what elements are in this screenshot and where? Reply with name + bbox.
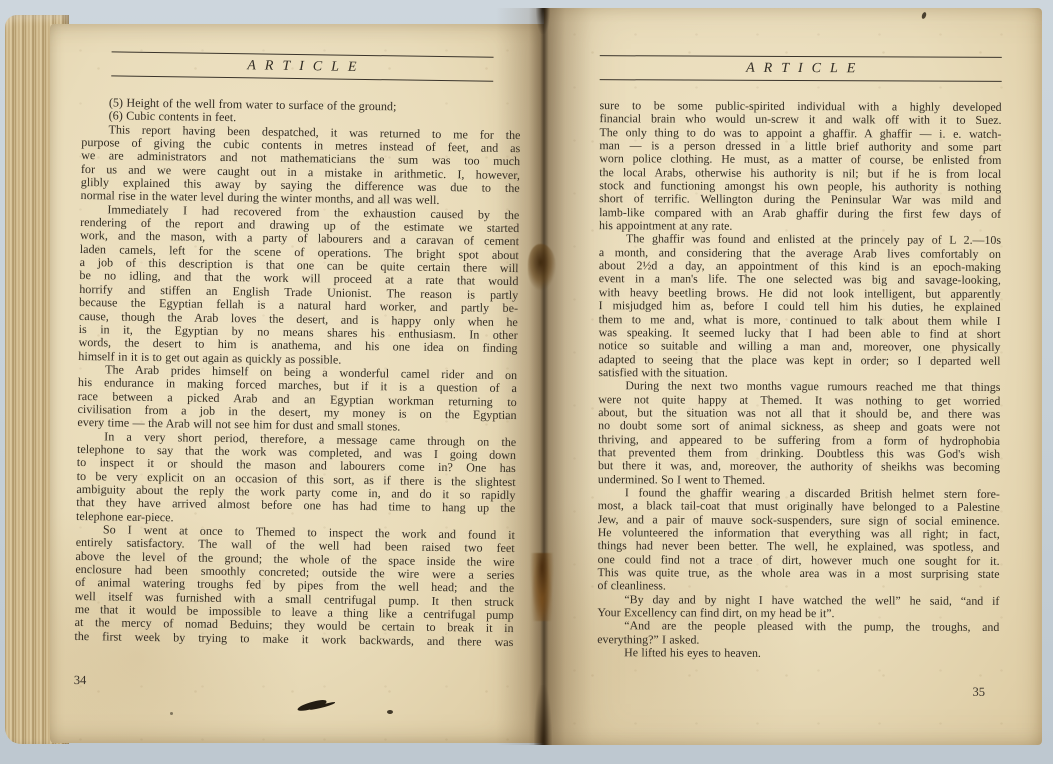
ink-smudge — [297, 698, 328, 712]
book-scan: ARTICLE (5) Height of the well from wate… — [0, 0, 1053, 764]
left-page: ARTICLE (5) Height of the well from wate… — [50, 24, 544, 743]
running-header-right: ARTICLE — [600, 55, 1002, 82]
ink-speck — [387, 710, 393, 714]
page-number-left: 34 — [74, 673, 513, 694]
page-number-right: 35 — [597, 684, 985, 701]
text-line: He lifted his eyes to heaven. — [597, 646, 999, 661]
running-header-left: ARTICLE — [111, 51, 493, 81]
running-header-title: ARTICLE — [600, 56, 1002, 81]
right-page-body: sure to be some public-spirited individu… — [597, 99, 1001, 661]
ink-speck — [170, 712, 173, 715]
left-page-body: (5) Height of the well from water to sur… — [74, 96, 521, 649]
right-page: ARTICLE sure to be some public-spirited … — [544, 8, 1042, 745]
